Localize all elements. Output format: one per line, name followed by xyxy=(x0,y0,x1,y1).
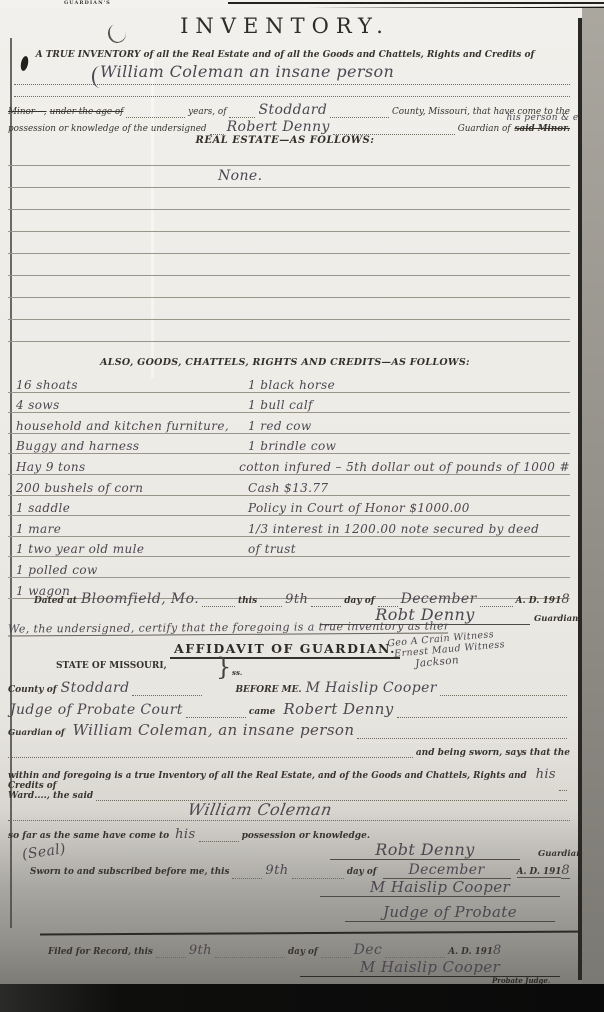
goods-row: 16 shoats 1 black horse xyxy=(8,372,570,393)
so-far-label: so far as the same have come to xyxy=(8,831,169,841)
goods-item-right: 1 bull calf xyxy=(248,398,313,412)
being-sworn-line: and being sworn, says that the xyxy=(8,748,570,758)
goods-item-right: Cash $13.77 xyxy=(248,481,328,495)
blank-fill xyxy=(186,715,246,718)
blank-fill xyxy=(126,115,185,118)
goods-row: 1 two year old mule of trust xyxy=(8,537,570,558)
brace-glyph: } xyxy=(216,653,231,681)
goods-item-left: 1 mare xyxy=(8,522,248,536)
blank-dotted-line xyxy=(8,820,570,821)
goods-row: 4 sows 1 bull calf xyxy=(8,393,570,414)
goods-item-right: 1/3 interest in 1200.00 note secured by … xyxy=(248,522,539,536)
blank-fill xyxy=(8,755,413,758)
goods-item-left: 1 saddle xyxy=(8,501,248,515)
blank-fill xyxy=(260,604,282,607)
blank-fill xyxy=(199,839,239,842)
ruled-line xyxy=(8,253,570,254)
sworn-subscribed-line: Sworn to and subscribed before me, this … xyxy=(30,862,570,879)
goods-item-right: 1 red cow xyxy=(248,419,312,433)
sworn-day-of-label: day of xyxy=(347,867,377,877)
ward-name-handwriting: William Coleman xyxy=(186,800,333,819)
ruled-line xyxy=(8,231,570,232)
goods-row: Buggy and harness 1 brindle cow xyxy=(8,434,570,455)
sworn-lead-label: Sworn to and subscribed before me, this xyxy=(30,867,229,877)
filed-year-handwriting: 8 xyxy=(493,943,502,958)
subject-name-handwriting: William Coleman an insane person xyxy=(100,62,394,81)
guardian-signature2-handwriting: Robt Denny xyxy=(330,840,520,860)
form-subtitle: A TRUE INVENTORY of all the Real Estate … xyxy=(0,50,570,60)
goods-row: household and kitchen furniture, 1 red c… xyxy=(8,413,570,434)
judge-title-handwriting: Judge of Probate xyxy=(345,903,555,922)
state-label: STATE OF MISSOURI, xyxy=(56,661,167,671)
so-far-pronoun-handwriting: his xyxy=(175,827,195,842)
inventory-clause-label: within and foregoing is a true Inventory… xyxy=(8,771,532,791)
came-label: came xyxy=(249,707,276,717)
goods-heading: ALSO, GOODS, CHATTELS, RIGHTS AND CREDIT… xyxy=(0,357,570,368)
page-title: INVENTORY. xyxy=(0,14,570,38)
ruled-line xyxy=(8,209,570,210)
guardian-of-label: Guardian of xyxy=(8,728,65,738)
struck-age-text: under the age of xyxy=(50,107,124,117)
goods-item-right: 1 brindle cow xyxy=(248,439,336,453)
goods-row: 200 bushels of corn Cash $13.77 xyxy=(8,475,570,496)
goods-row: Hay 9 tons cotton infured – 5th dollar o… xyxy=(8,454,570,475)
blank-fill xyxy=(397,715,567,718)
county-of-label: County of xyxy=(8,685,57,695)
goods-row: 1 mare 1/3 interest in 1200.00 note secu… xyxy=(8,516,570,537)
guardian-of-line: Guardian of William Coleman, an insane p… xyxy=(8,721,570,739)
blank-fill xyxy=(357,736,567,739)
document-page: INVENTORY. A TRUE INVENTORY of all the R… xyxy=(0,8,592,985)
dated-at-label: Dated at xyxy=(34,596,77,606)
ward-name-wrap: William Coleman xyxy=(130,800,390,819)
county-before-me-line: County of Stoddard BEFORE ME. M Haislip … xyxy=(8,680,570,696)
real-estate-heading: REAL ESTATE—AS FOLLOWS: xyxy=(0,135,570,146)
ruled-line xyxy=(8,319,570,320)
goods-item-left: household and kitchen furniture, xyxy=(8,419,248,433)
filing-judge-signature-handwriting: M Haislip Cooper xyxy=(300,958,560,977)
struck-said-minor-text: said Minor. xyxy=(515,124,570,134)
place-handwriting: Bloomfield, Mo. xyxy=(81,591,199,607)
sworn-year-handwriting: 8 xyxy=(561,863,570,879)
scan-right-edge xyxy=(582,8,604,985)
possession-label: possession or knowledge of the undersign… xyxy=(8,124,207,134)
seal-handwriting: (Seal) xyxy=(21,841,67,863)
ruled-line xyxy=(8,165,570,166)
goods-item-right: cotton infured – 5th dollar out of pound… xyxy=(239,460,570,474)
scanned-document: GUARDIAN'S INVENTORY. A TRUE INVENTORY o… xyxy=(0,0,604,1012)
previous-page-fragment: GUARDIAN'S xyxy=(64,0,111,6)
this-label: this xyxy=(238,596,257,606)
goods-list: 16 shoats 1 black horse 4 sows 1 bull ca… xyxy=(8,372,570,599)
goods-row: 1 saddle Policy in Court of Honor $1000.… xyxy=(8,496,570,517)
goods-item-right: of trust xyxy=(248,542,296,556)
filed-day-handwriting: 9th xyxy=(189,943,212,958)
pronoun-handwriting: his xyxy=(536,767,556,782)
blank-dotted-line xyxy=(14,96,570,97)
blank-fill xyxy=(202,604,235,607)
goods-item-right: Policy in Court of Honor $1000.00 xyxy=(248,501,470,515)
sworn-ad-label: A. D. 191 xyxy=(517,867,562,878)
affidavit-heading: AFFIDAVIT OF GUARDIAN. xyxy=(170,641,400,659)
blank-fill xyxy=(156,955,186,958)
goods-item-left: 16 shoats xyxy=(8,378,248,392)
blank-fill xyxy=(440,693,567,696)
scan-bottom-edge xyxy=(0,984,604,1012)
ruled-line xyxy=(8,297,570,298)
blank-fill xyxy=(215,955,285,958)
judge-signature-handwriting: M Haislip Cooper xyxy=(320,878,560,897)
struck-minor-text: Minor—, xyxy=(8,107,47,117)
ward-label: Ward...., the said xyxy=(8,791,93,801)
county-handwriting: Stoddard xyxy=(61,680,130,696)
goods-row: 1 polled cow xyxy=(8,557,570,578)
ward-handwriting: William Coleman, an insane person xyxy=(73,721,355,739)
said-minor-group: his person & estate. said Minor. xyxy=(515,124,570,134)
blank-fill xyxy=(330,115,389,118)
form-line-possession: possession or knowledge of the undersign… xyxy=(8,119,570,135)
blank-fill xyxy=(132,693,202,696)
filed-ad-label: A. D. 191 xyxy=(448,947,493,957)
goods-item-right: 1 black horse xyxy=(248,378,335,392)
filed-lead-label: Filed for Record, this xyxy=(48,947,153,957)
officer-title-line: Judge of Probate Court came Robert Denny xyxy=(10,700,570,718)
being-sworn-label: and being sworn, says that the xyxy=(416,748,570,758)
goods-item-left: Buggy and harness xyxy=(8,439,248,453)
blank-fill xyxy=(232,876,262,879)
officer-handwriting: M Haislip Cooper xyxy=(306,680,437,696)
ruled-line xyxy=(8,187,570,188)
officer-title-handwriting: Judge of Probate Court xyxy=(10,702,183,718)
certification-handwriting: We, the undersigned, certify that the fo… xyxy=(8,619,448,636)
guardian-label2: Guardian xyxy=(538,849,582,859)
sworn-month-handwriting: December xyxy=(383,862,511,879)
top-border-line-thin xyxy=(228,2,604,4)
goods-item-left: 1 polled cow xyxy=(8,563,248,577)
goods-item-left: Hay 9 tons xyxy=(8,460,239,474)
county-handwriting: Stoddard xyxy=(258,102,327,118)
filed-day-of-label: day of xyxy=(288,947,318,957)
before-me-label: BEFORE ME. xyxy=(235,685,301,695)
guardian-name-handwriting: Robert Denny xyxy=(227,119,330,135)
years-of-label: years, of xyxy=(188,107,226,117)
form-line-minor: Minor—, under the age of years, of Stodd… xyxy=(8,102,570,118)
filed-month-handwriting: Dec xyxy=(354,942,383,958)
ruled-line xyxy=(8,275,570,276)
ss-label: ss. xyxy=(232,668,242,677)
goods-item-left: 4 sows xyxy=(8,398,248,412)
deponent-handwriting: Robert Denny xyxy=(283,700,393,718)
year-handwriting: 8 xyxy=(561,592,570,607)
day-handwriting: 9th xyxy=(285,592,308,607)
filed-record-line: Filed for Record, this 9th day of Dec A.… xyxy=(48,942,548,958)
ruled-line xyxy=(8,341,570,342)
sworn-day-handwriting: 9th xyxy=(265,863,288,878)
subject-name-line: William Coleman an insane person xyxy=(14,62,570,85)
goods-item-left: 200 bushels of corn xyxy=(8,481,248,495)
inventory-clause-line: within and foregoing is a true Inventory… xyxy=(8,767,570,791)
guardian-of-label: Guardian of xyxy=(458,124,511,134)
section-divider-line xyxy=(40,931,592,936)
real-estate-entry-handwriting: None. xyxy=(218,168,262,184)
blank-fill xyxy=(229,115,255,118)
goods-item-left: 1 two year old mule xyxy=(8,542,248,556)
